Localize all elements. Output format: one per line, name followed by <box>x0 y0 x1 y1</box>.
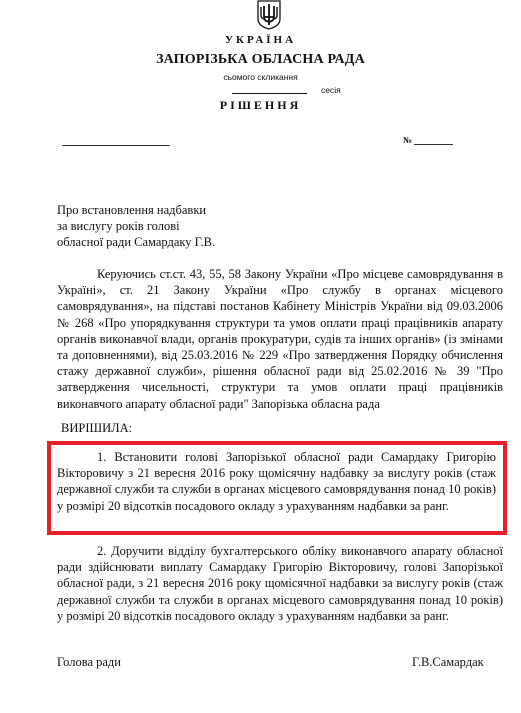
session-label: сесія <box>321 85 341 95</box>
convocation-label: сьомого скликання <box>0 72 521 82</box>
country-heading: УКРАЇНА <box>0 34 521 46</box>
decision-item-2: 2. Доручити відділу бухгалтерського облі… <box>57 543 503 624</box>
number-blank <box>414 144 453 145</box>
signer-title: Голова ради <box>57 655 121 670</box>
council-heading: ЗАПОРІЗЬКА ОБЛАСНА РАДА <box>0 52 521 68</box>
session-number-blank <box>232 93 307 94</box>
date-blank <box>62 145 170 146</box>
decided-label: ВИРІШИЛА: <box>61 421 132 436</box>
subject-line: за вислугу років голові <box>57 218 215 234</box>
subject-line: обласної ради Самардаку Г.В. <box>57 234 215 250</box>
number-label: № <box>403 135 412 145</box>
decision-subject: Про встановлення надбавки за вислугу рок… <box>57 202 215 250</box>
document-type-heading: РІШЕННЯ <box>0 98 521 113</box>
subject-line: Про встановлення надбавки <box>57 202 215 218</box>
preamble-paragraph: Керуючись ст.ст. 43, 55, 58 Закону Украї… <box>57 266 503 412</box>
trident-coat-of-arms-icon <box>256 0 282 30</box>
decision-item-1: 1. Встановити голові Запорізької обласно… <box>57 449 496 514</box>
signer-name: Г.В.Самардак <box>412 655 484 670</box>
